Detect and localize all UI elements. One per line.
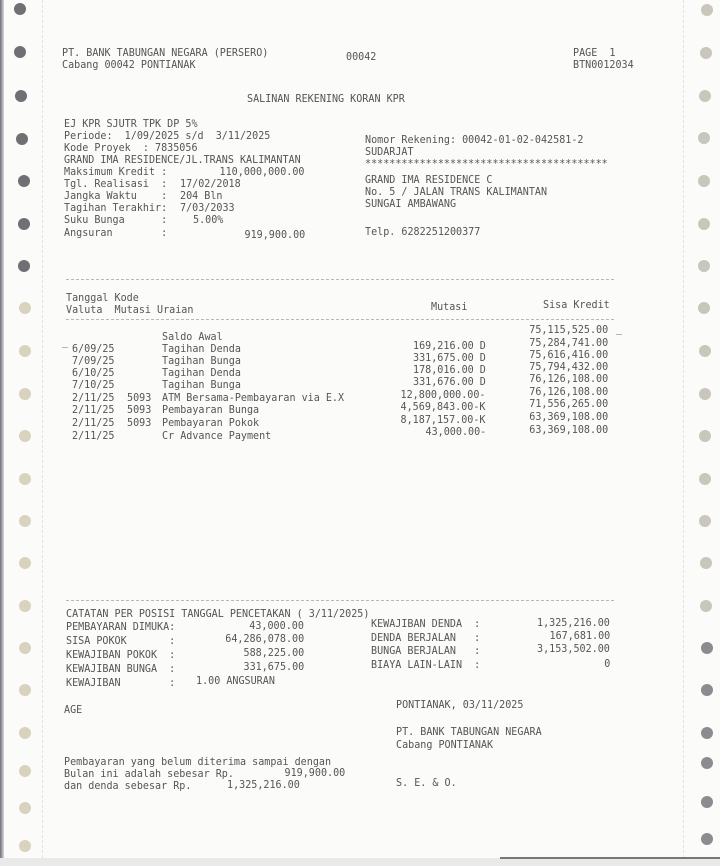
row-balance: 75,616,416.00 [529, 349, 608, 362]
summary-label: SISA POKOK : [66, 635, 175, 648]
paper-bottom-edge [500, 857, 720, 859]
row-desc: Saldo Awal [162, 331, 223, 344]
hole-icon [14, 46, 26, 58]
branch-name: Cabang 00042 PONTIANAK [62, 59, 196, 72]
summary-value: 3,153,502.00 [537, 643, 610, 656]
paper-edge-shadow [0, 0, 4, 858]
hole-icon [16, 133, 28, 145]
summary-value: 167,681.00 [549, 630, 610, 643]
row-balance: 71,556,265.00 [529, 398, 608, 411]
phone-number: Telp. 6282251200377 [365, 226, 480, 239]
row-date: 2/11/25 [72, 392, 114, 405]
row-date: 2/11/25 [72, 404, 114, 417]
hole-icon [14, 3, 26, 15]
row-desc: Pembayaran Bunga [162, 404, 259, 417]
summary-top-rule [66, 600, 614, 601]
note-line-2-value: 919,900.00 [284, 767, 345, 780]
row-date: 6/10/25 [72, 367, 114, 380]
hole-icon [19, 388, 31, 400]
bank-name: PT. BANK TABUNGAN NEGARA (PERSERO) [62, 47, 268, 60]
hole-icon [19, 302, 31, 314]
hole-icon [699, 388, 711, 400]
row-mutation: 4,569,843.00-K [401, 401, 486, 414]
hole-icon [19, 473, 31, 485]
document-code: BTN0012034 [573, 59, 634, 72]
product-name: EJ KPR SJUTR TPK DP 5% [64, 118, 198, 131]
summary-value: 64,286,078.00 [225, 633, 304, 646]
account-holder: SUDARJAT [365, 146, 414, 159]
row-mutation: 8,187,157.00-K [401, 414, 486, 427]
hole-icon [698, 175, 710, 187]
hole-icon [18, 175, 30, 187]
account-number: Nomor Rekening: 00042-01-02-042581-2 [365, 134, 583, 147]
hole-icon [19, 727, 31, 739]
note-line-3-value: 1,325,216.00 [227, 779, 300, 792]
summary-value: 1,325,216.00 [537, 617, 610, 630]
hole-icon [18, 260, 30, 272]
term-label: Jangka Waktu : [64, 190, 167, 203]
statement-period: Periode: 1/09/2025 s/d 3/11/2025 [64, 130, 270, 143]
table-header-line-2: Valuta Mutasi Uraian [66, 304, 193, 317]
summary-value: 588,225.00 [243, 647, 304, 660]
statement-paper: PT. BANK TABUNGAN NEGARA (PERSERO) Caban… [0, 0, 720, 858]
note-line-2-label: Bulan ini adalah sebesar Rp. [64, 768, 234, 781]
hole-icon [699, 90, 711, 102]
summary-value: 1.00 ANGSURAN [196, 675, 275, 688]
interest-rate-value: 5.00% [193, 214, 223, 227]
table-header-line-1: Tanggal Kode [66, 292, 139, 305]
place-date: PONTIANAK, 03/11/2025 [396, 699, 523, 712]
interest-rate-label: Suku Bunga : [64, 214, 167, 227]
row-date: 7/10/25 [72, 379, 114, 392]
perforation-left [42, 0, 43, 858]
row-balance: 63,369,108.00 [529, 424, 608, 437]
row-desc: Tagihan Bunga [162, 379, 241, 392]
hole-icon [701, 796, 713, 808]
row-date: 7/09/25 [72, 355, 114, 368]
row-mutation: 12,800,000.00- [401, 389, 486, 402]
hole-icon [699, 473, 711, 485]
hole-icon [19, 557, 31, 569]
row-balance: 75,284,741.00 [529, 337, 608, 350]
row-mutation: 331,676.00 D [413, 376, 486, 389]
hole-icon [701, 642, 713, 654]
row-desc: Cr Advance Payment [162, 430, 271, 443]
row-desc: Tagihan Denda [162, 367, 241, 380]
hole-icon [15, 90, 27, 102]
row-desc: Tagihan Bunga [162, 355, 241, 368]
last-bill-value: 7/03/2033 [180, 202, 235, 215]
age-label: AGE [64, 704, 82, 717]
summary-label: KEWAJIBAN DENDA : [371, 618, 480, 631]
row-balance: 76,126,108.00 [529, 386, 608, 399]
summary-title: CATATAN PER POSISI TANGGAL PENCETAKAN ( … [66, 608, 369, 621]
hole-icon [700, 47, 712, 59]
hole-icon [698, 218, 710, 230]
hole-icon [701, 684, 713, 696]
summary-label: KEWAJIBAN BUNGA : [66, 663, 175, 676]
hole-icon [19, 684, 31, 696]
hole-icon [698, 260, 710, 272]
hole-icon [701, 833, 713, 845]
row-balance: 75,794,432.00 [529, 361, 608, 374]
summary-label: DENDA BERJALAN : [371, 632, 480, 645]
table-header-rule [66, 319, 614, 320]
perforation-right [683, 0, 684, 858]
branch-code: 00042 [346, 51, 376, 64]
hole-icon [19, 840, 31, 852]
last-bill-label: Tagihan Terakhir: [64, 202, 167, 215]
row-code: 5093 [127, 404, 151, 417]
address-line-2: No. 5 / JALAN TRANS KALIMANTAN [365, 186, 547, 199]
hole-icon [699, 345, 711, 357]
hole-icon [698, 132, 710, 144]
hole-icon [19, 600, 31, 612]
hole-icon [701, 757, 713, 769]
hole-icon [19, 642, 31, 654]
row-mutation: 169,216.00 D [413, 340, 486, 353]
project-name: GRAND IMA RESIDENCE/JL.TRANS KALIMANTAN [64, 154, 301, 167]
page-number: PAGE 1 [573, 47, 615, 60]
row-desc: Pembayaran Pokok [162, 417, 259, 430]
row-balance: 63,369,108.00 [529, 411, 608, 424]
row-code: 5093 [127, 417, 151, 430]
term-value: 204 Bln [180, 190, 222, 203]
row-marker: _ [62, 336, 68, 349]
hole-icon [19, 345, 31, 357]
disclaimer: S. E. & O. [396, 777, 457, 790]
row-mutation: 331,675.00 D [413, 352, 486, 365]
summary-label: KEWAJIBAN POKOK : [66, 649, 175, 662]
installment-value: 919,900.00 [244, 229, 305, 242]
project-code: Kode Proyek : 7835056 [64, 142, 198, 155]
max-credit-value: 110,000,000.00 [220, 166, 305, 179]
hole-icon [700, 557, 712, 569]
signer-branch: Cabang PONTIANAK [396, 739, 493, 752]
signer-bank: PT. BANK TABUNGAN NEGARA [396, 726, 542, 739]
summary-value: 0 [604, 658, 610, 671]
hole-icon [700, 600, 712, 612]
address-line-1: GRAND IMA RESIDENCE C [365, 174, 492, 187]
row-mutation: 43,000.00- [425, 426, 486, 439]
hole-icon [698, 302, 710, 314]
row-date: 6/09/25 [72, 343, 114, 356]
row-desc: ATM Bersama-Pembayaran via E.X [162, 392, 344, 405]
separator-stars: **************************************** [365, 158, 608, 171]
row-desc: Tagihan Denda [162, 343, 241, 356]
hole-icon [699, 515, 711, 527]
max-credit-label: Maksimum Kredit : [64, 166, 167, 179]
column-header-mutasi: Mutasi [431, 301, 467, 314]
document-title: SALINAN REKENING KORAN KPR [247, 93, 405, 106]
column-header-sisa-kredit: Sisa Kredit [543, 299, 610, 312]
realization-date-value: 17/02/2018 [180, 178, 241, 191]
row-date: 2/11/25 [72, 417, 114, 430]
row-date: 2/11/25 [72, 430, 114, 443]
summary-label: KEWAJIBAN : [66, 677, 175, 690]
address-line-3: SUNGAI AMBAWANG [365, 198, 456, 211]
background-strip [0, 858, 720, 866]
hole-icon [701, 4, 713, 16]
hole-icon [19, 430, 31, 442]
hole-icon [699, 430, 711, 442]
hole-icon [19, 802, 31, 814]
hole-icon [19, 765, 31, 777]
row-marker: _ [616, 323, 622, 336]
row-code: 5093 [127, 392, 151, 405]
row-balance: 76,126,108.00 [529, 373, 608, 386]
row-balance: 75,115,525.00 [529, 324, 608, 337]
note-line-3-label: dan denda sebesar Rp. [64, 780, 191, 793]
hole-icon [18, 218, 30, 230]
summary-value: 331,675.00 [243, 661, 304, 674]
summary-label: BUNGA BERJALAN : [371, 645, 480, 658]
table-top-rule [66, 279, 614, 280]
summary-label: PEMBAYARAN DIMUKA: [66, 621, 175, 634]
row-mutation: 178,016.00 D [413, 364, 486, 377]
realization-date-label: Tgl. Realisasi : [64, 178, 167, 191]
hole-icon [19, 515, 31, 527]
installment-label: Angsuran : [64, 227, 167, 240]
summary-label: BIAYA LAIN-LAIN : [371, 659, 480, 672]
summary-value: 43,000.00 [249, 620, 304, 633]
hole-icon [701, 727, 713, 739]
